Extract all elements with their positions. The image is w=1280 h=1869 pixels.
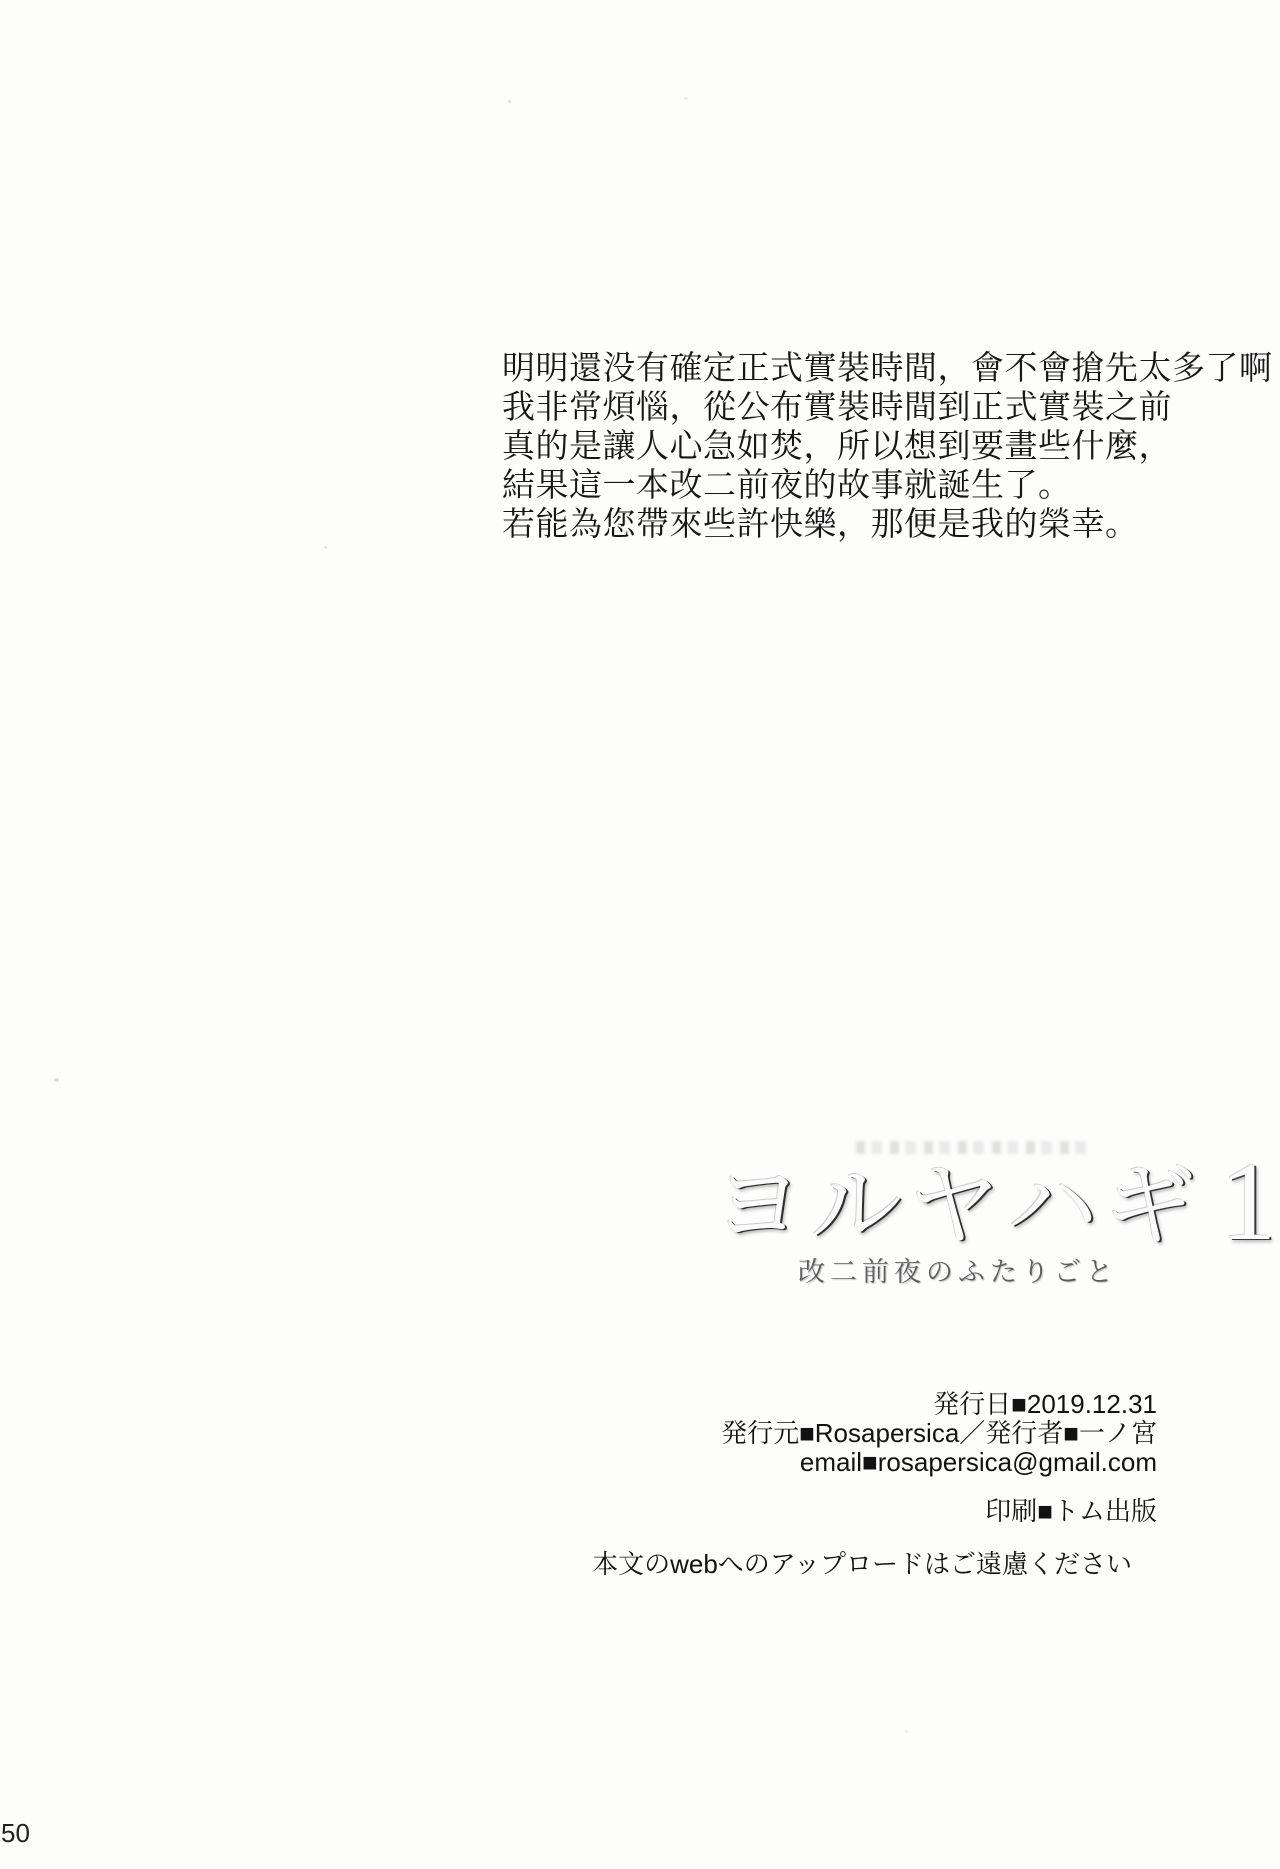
scan-speckle bbox=[508, 100, 511, 103]
series-logo: ヨルヤハギ 13 bbox=[712, 1148, 1280, 1256]
afterword-line: 若能為您帶來些許快樂，那便是我的榮幸。 bbox=[502, 504, 1273, 543]
afterword-line: 真的是讓人心急如焚，所以想到要畫些什麼， bbox=[502, 426, 1273, 465]
page-number: 50 bbox=[1, 1818, 30, 1849]
logo-title-kana: ヨルヤハギ bbox=[712, 1156, 1202, 1256]
afterword-line: 明明還没有確定正式實裝時間，會不會搶先太多了啊 bbox=[502, 348, 1273, 387]
printer: 印刷■トム出版 bbox=[592, 1497, 1157, 1525]
publish-date: 発行日■2019.12.31 bbox=[592, 1390, 1157, 1418]
contact-email: email■rosapersica@gmail.com bbox=[592, 1448, 1157, 1476]
publisher-author: 発行元■Rosapersica／発行者■一ノ宮 bbox=[592, 1419, 1157, 1447]
colophon: 発行日■2019.12.31 発行元■Rosapersica／発行者■一ノ宮 e… bbox=[592, 1390, 1157, 1579]
scan-speckle bbox=[324, 546, 327, 549]
scan-speckle bbox=[54, 1078, 59, 1082]
scan-speckle bbox=[905, 1730, 908, 1733]
logo-title-number: 13 bbox=[1220, 1148, 1280, 1256]
logo-subtitle: 改二前夜のふたりごと bbox=[798, 1250, 1098, 1289]
scanned-afterword-page: 明明還没有確定正式實裝時間，會不會搶先太多了啊 我非常煩惱，從公布實裝時間到正式… bbox=[0, 0, 1280, 1869]
afterword-line: 結果這一本改二前夜的故事就誕生了。 bbox=[502, 465, 1273, 504]
upload-notice: 本文のwebへのアップロードはご遠慮ください bbox=[592, 1550, 1157, 1578]
afterword-line: 我非常煩惱，從公布實裝時間到正式實裝之前 bbox=[502, 387, 1273, 426]
scan-speckle bbox=[684, 97, 688, 100]
afterword-paragraph: 明明還没有確定正式實裝時間，會不會搶先太多了啊 我非常煩惱，從公布實裝時間到正式… bbox=[502, 348, 1273, 543]
